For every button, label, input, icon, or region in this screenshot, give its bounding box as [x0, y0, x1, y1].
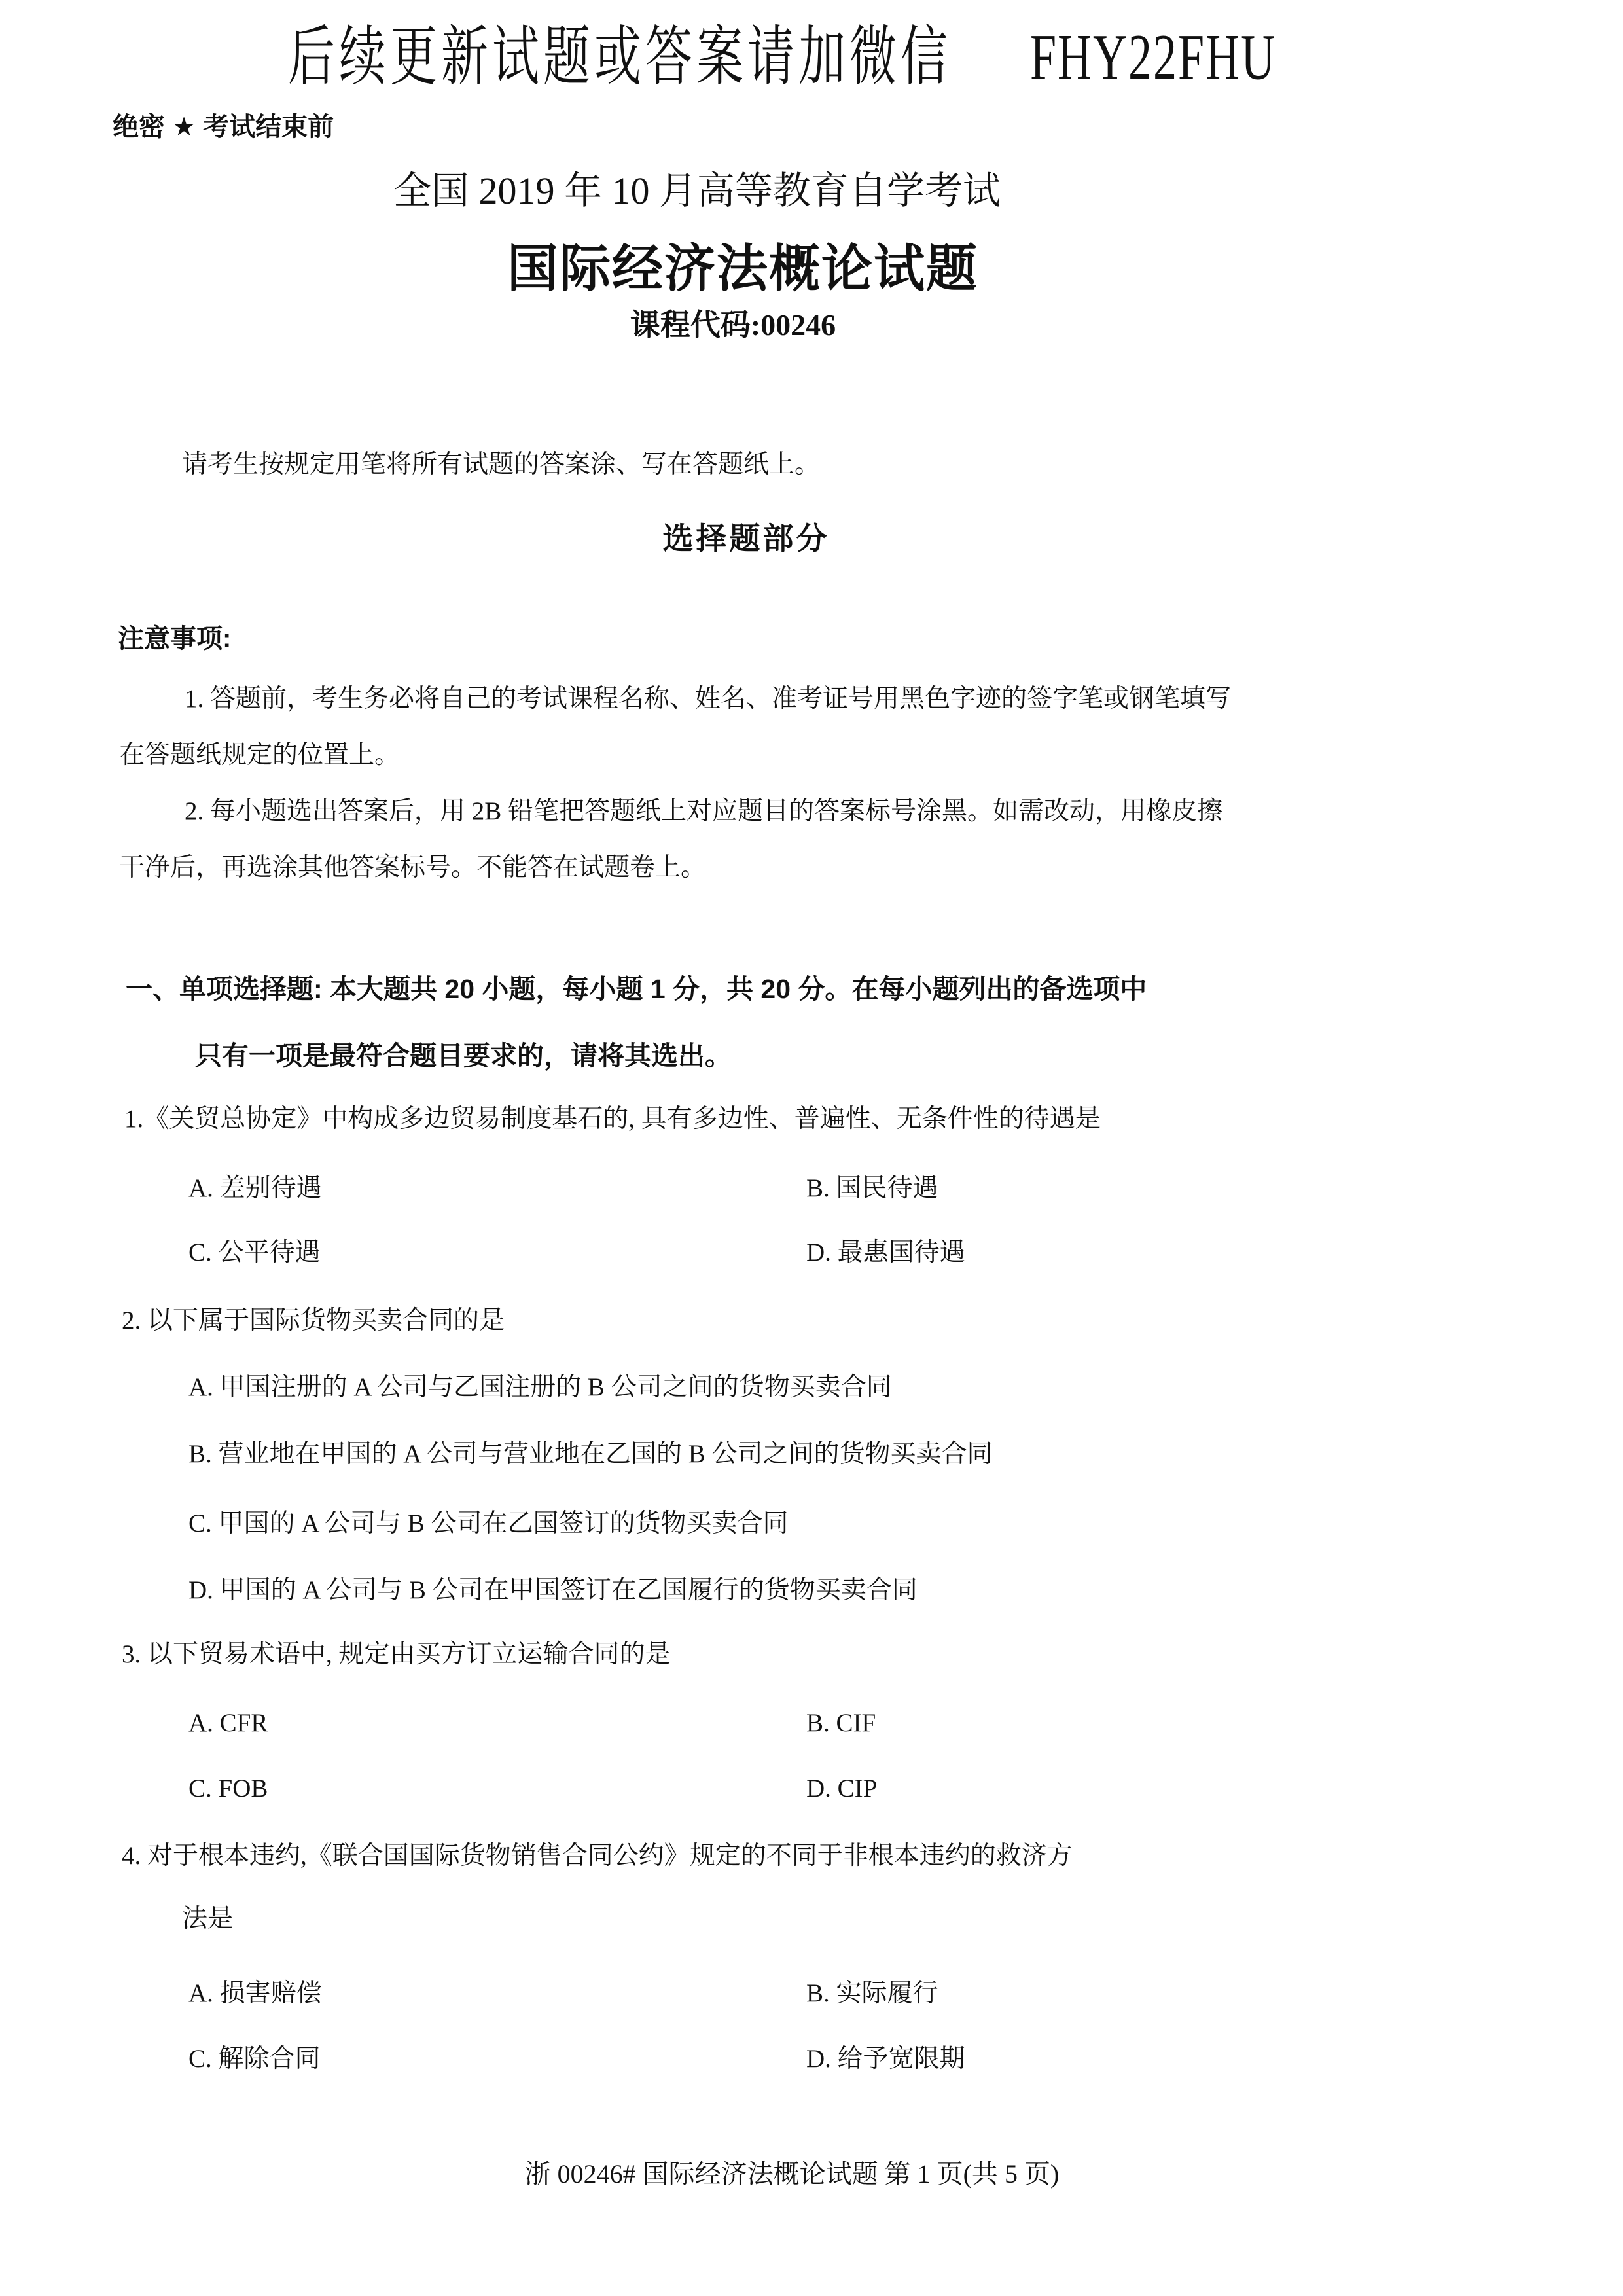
- question-1-option-a: A. 差别待遇: [188, 1168, 322, 1204]
- question-4-option-d: D. 给予宽限期: [806, 2038, 965, 2075]
- question-3-option-b: B. CIF: [806, 1708, 876, 1738]
- question-2-option-a: A. 甲国注册的 A 公司与乙国注册的 B 公司之间的货物买卖合同: [188, 1367, 892, 1403]
- question-4-option-c: C. 解除合同: [188, 2038, 321, 2075]
- question-4-option-a: A. 损害赔偿: [188, 1973, 322, 2009]
- question-3-option-c: C. FOB: [188, 1774, 268, 1803]
- wechat-code: FHY22FHU: [1030, 21, 1276, 93]
- question-2-option-b: B. 营业地在甲国的 A 公司与营业地在乙国的 B 公司之间的货物买卖合同: [188, 1433, 993, 1470]
- question-1-stem: 1.《关贸总协定》中构成多边贸易制度基石的, 具有多边性、普遍性、无条件性的待遇…: [124, 1098, 1101, 1135]
- notice-item2-line2: 干净后，再选涂其他答案标号。不能答在试题卷上。: [119, 847, 706, 884]
- course-code: 课程代码:00246: [0, 301, 1466, 344]
- question-2-option-d: D. 甲国的 A 公司与 B 公司在甲国签订在乙国履行的货物买卖合同: [188, 1570, 918, 1606]
- notice-item1-line2: 在答题纸规定的位置上。: [119, 734, 400, 771]
- question-3-option-a: A. CFR: [188, 1708, 268, 1738]
- question-3-stem: 3. 以下贸易术语中, 规定由买方订立运输合同的是: [122, 1634, 671, 1670]
- header-update-notice: 后续更新试题或答案请加微信FHY22FHU: [288, 4, 1276, 98]
- question-1-option-d: D. 最惠国待遇: [806, 1232, 965, 1268]
- question-1-option-b: B. 国民待遇: [806, 1168, 938, 1204]
- secrecy-label: 绝密 ★ 考试结束前: [113, 106, 334, 143]
- notice-item2-line1: 2. 每小题选出答案后，用 2B 铅笔把答题纸上对应题目的答案标号涂黑。如需改动…: [185, 791, 1222, 827]
- question-4-stem-line2: 法是: [182, 1898, 233, 1935]
- question-2-option-c: C. 甲国的 A 公司与 B 公司在乙国签订的货物买卖合同: [188, 1503, 789, 1539]
- part-title: 选择题部分: [0, 514, 1492, 558]
- question-3-option-d: D. CIP: [806, 1774, 877, 1803]
- notice-item1-line1: 1. 答题前，考生务必将自己的考试课程名称、姓名、准考证号用黑色字迹的签字笔或钢…: [185, 678, 1231, 715]
- question-2-stem: 2. 以下属于国际货物买卖合同的是: [122, 1300, 505, 1336]
- exam-paper-page: 后续更新试题或答案请加微信FHY22FHU 绝密 ★ 考试结束前 全国 2019…: [0, 0, 1623, 2296]
- page-footer: 浙 00246# 国际经济法概论试题 第 1 页(共 5 页): [0, 2153, 1584, 2191]
- header-notice-text: 后续更新试题或答案请加微信: [288, 21, 952, 93]
- section-heading-line2: 只有一项是最符合题目要求的，请将其选出。: [195, 1034, 732, 1073]
- question-4-stem-line1: 4. 对于根本违约,《联合国国际货物销售合同公约》规定的不同于非根本违约的救济方: [122, 1835, 1073, 1872]
- question-4-option-b: B. 实际履行: [806, 1973, 938, 2009]
- exam-session-title: 全国 2019 年 10 月高等教育自学考试: [0, 160, 1394, 215]
- paper-title: 国际经济法概论试题: [0, 228, 1486, 301]
- answer-sheet-instruction: 请考生按规定用笔将所有试题的答案涂、写在答题纸上。: [182, 444, 820, 480]
- question-1-option-c: C. 公平待遇: [188, 1232, 321, 1268]
- notice-title: 注意事项:: [118, 618, 231, 655]
- section-heading-line1: 一、单项选择题: 本大题共 20 小题，每小题 1 分，共 20 分。在每小题列…: [126, 967, 1147, 1006]
